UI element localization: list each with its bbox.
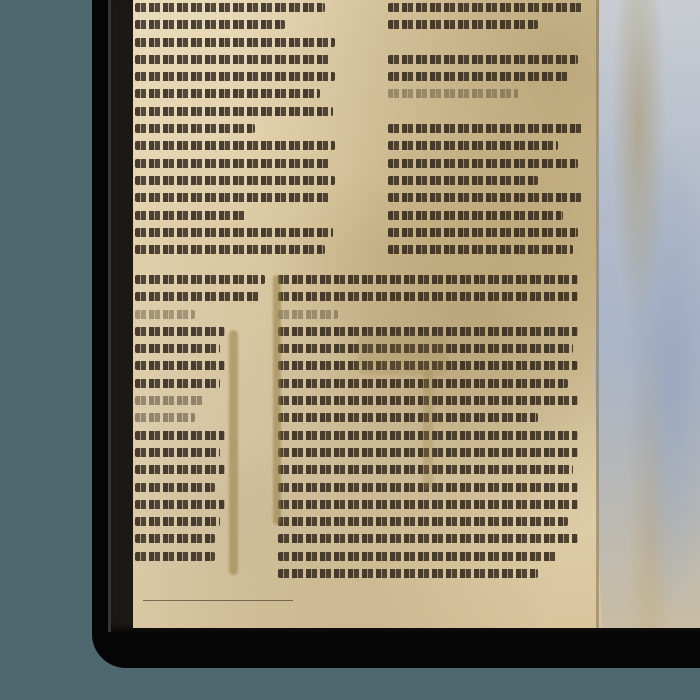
faux-text-column-2 bbox=[388, 3, 588, 262]
torn-blue-paint-panel bbox=[595, 0, 700, 628]
frame-edge-highlight bbox=[108, 0, 111, 632]
drip-stain bbox=[273, 275, 281, 525]
wash-stain bbox=[358, 335, 448, 375]
pencil-line bbox=[143, 600, 293, 601]
faux-text-column-1 bbox=[135, 3, 335, 262]
collage-canvas bbox=[133, 0, 700, 628]
torn-edge bbox=[596, 0, 599, 628]
drip-stain bbox=[423, 370, 433, 490]
drip-stain bbox=[229, 330, 238, 575]
